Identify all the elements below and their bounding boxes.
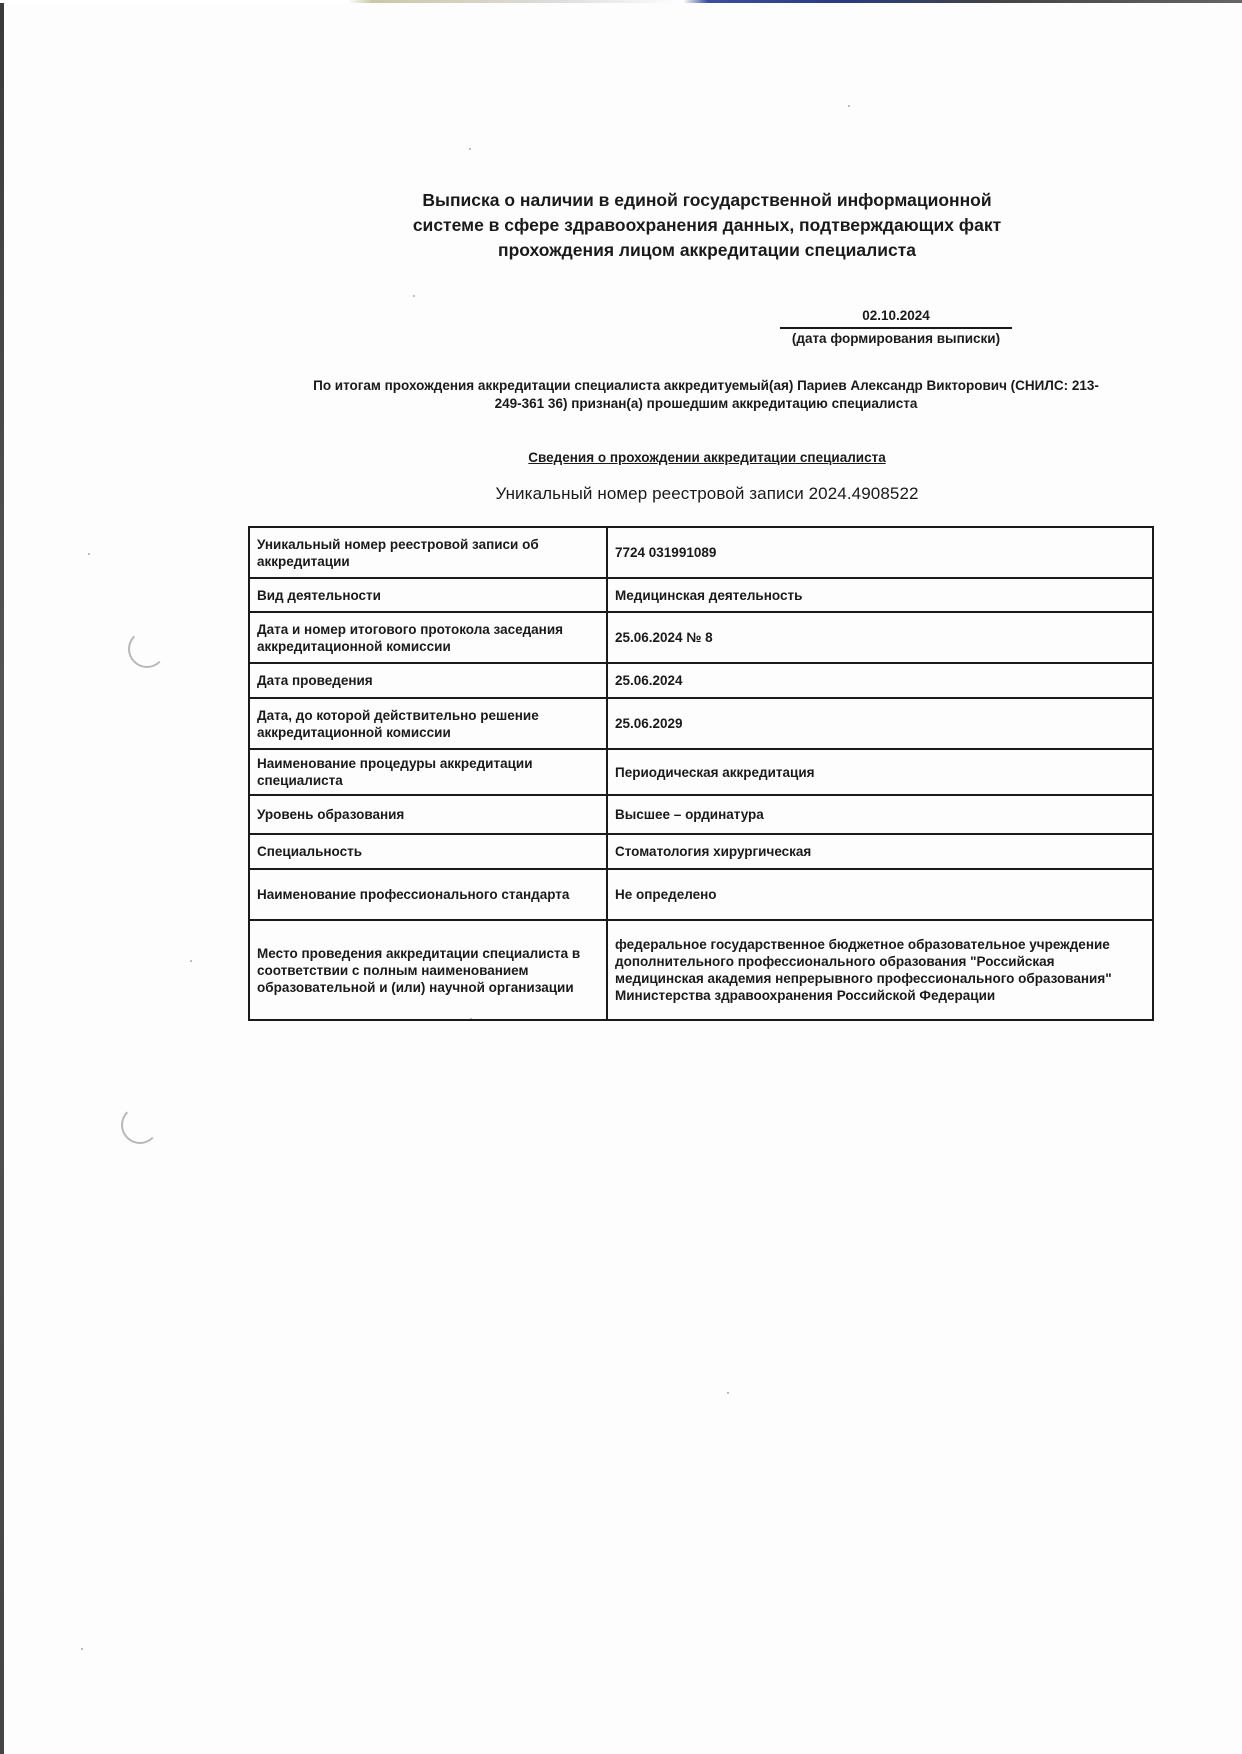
row-label: Уровень образования — [249, 795, 607, 834]
title-line: Выписка о наличии в единой государственн… — [300, 188, 1114, 213]
table-row: Уровень образования Высшее – ординатура — [249, 795, 1153, 834]
row-label: Место проведения аккредитации специалист… — [249, 920, 607, 1020]
table-row: Место проведения аккредитации специалист… — [249, 920, 1153, 1020]
intro-line: 249-361 36) признан(а) прошедшим аккреди… — [250, 395, 1162, 413]
row-label: Вид деятельности — [249, 578, 607, 612]
table-row: Дата и номер итогового протокола заседан… — [249, 612, 1153, 663]
issue-date-block: 02.10.2024 (дата формирования выписки) — [780, 307, 1012, 348]
row-value: Стоматология хирургическая — [607, 834, 1153, 869]
title-line: прохождения лицом аккредитации специалис… — [300, 238, 1114, 263]
row-value: 25.06.2024 № 8 — [607, 612, 1153, 663]
row-label: Наименование профессионального стандарта — [249, 869, 607, 920]
row-value: Не определено — [607, 869, 1153, 920]
scan-speck — [727, 1392, 729, 1394]
row-label: Дата и номер итогового протокола заседан… — [249, 612, 607, 663]
row-value: федеральное государственное бюджетное об… — [607, 920, 1153, 1020]
issue-date: 02.10.2024 — [780, 307, 1012, 325]
row-value: 7724 031991089 — [607, 527, 1153, 578]
accreditation-table: Уникальный номер реестровой записи об ак… — [248, 526, 1154, 1021]
table-row: Вид деятельности Медицинская деятельност… — [249, 578, 1153, 612]
row-label: Наименование процедуры аккредитации спец… — [249, 749, 607, 795]
scan-top-edge — [0, 0, 1242, 3]
issue-date-caption: (дата формирования выписки) — [780, 330, 1012, 348]
scan-speck — [469, 148, 471, 150]
row-label: Уникальный номер реестровой записи об ак… — [249, 527, 607, 578]
intro-paragraph: По итогам прохождения аккредитации специ… — [250, 377, 1162, 413]
table-row: Специальность Стоматология хирургическая — [249, 834, 1153, 869]
punch-hole-mark — [128, 630, 166, 668]
scan-speck — [190, 960, 192, 962]
row-label: Специальность — [249, 834, 607, 869]
scan-speck — [848, 105, 850, 107]
table-row: Дата, до которой действительно решение а… — [249, 698, 1153, 749]
issue-date-underline — [780, 327, 1012, 329]
table-row: Наименование процедуры аккредитации спец… — [249, 749, 1153, 795]
row-value: Периодическая аккредитация — [607, 749, 1153, 795]
section-heading: Сведения о прохождении аккредитации спец… — [300, 450, 1114, 465]
table-row: Дата проведения 25.06.2024 — [249, 663, 1153, 698]
scan-speck — [81, 1648, 83, 1650]
title-line: системе в сфере здравоохранения данных, … — [300, 213, 1114, 238]
table-row: Уникальный номер реестровой записи об ак… — [249, 527, 1153, 578]
row-label: Дата, до которой действительно решение а… — [249, 698, 607, 749]
scan-left-edge — [0, 0, 4, 1754]
row-value: 25.06.2029 — [607, 698, 1153, 749]
scan-speck — [413, 295, 415, 297]
intro-line: По итогам прохождения аккредитации специ… — [250, 377, 1162, 395]
registry-number: Уникальный номер реестровой записи 2024.… — [300, 484, 1114, 504]
punch-hole-mark — [121, 1106, 159, 1144]
row-value: 25.06.2024 — [607, 663, 1153, 698]
table-row: Наименование профессионального стандарта… — [249, 869, 1153, 920]
scan-speck — [88, 553, 90, 555]
row-value: Высшее – ординатура — [607, 795, 1153, 834]
document-title: Выписка о наличии в единой государственн… — [300, 188, 1114, 263]
row-label: Дата проведения — [249, 663, 607, 698]
row-value: Медицинская деятельность — [607, 578, 1153, 612]
